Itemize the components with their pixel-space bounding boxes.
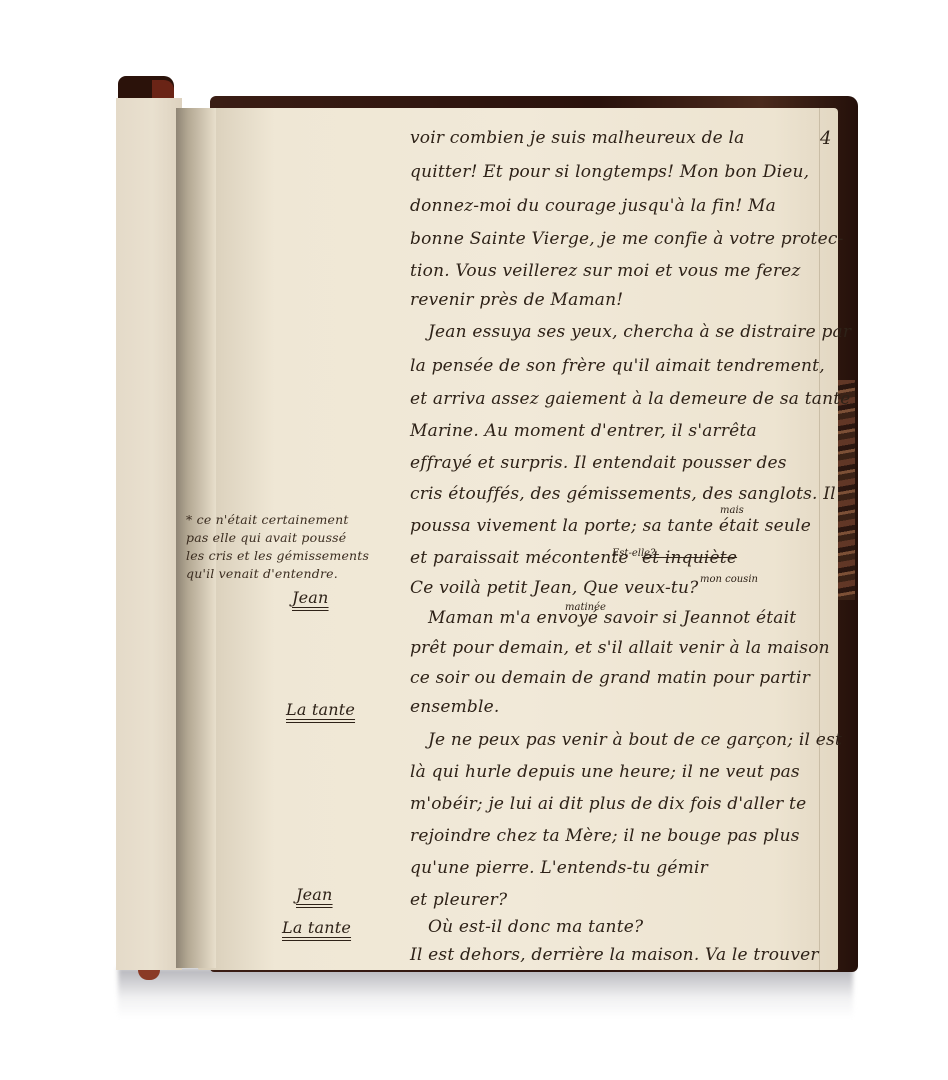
text-line: ensemble. xyxy=(410,697,500,717)
text-line: Je ne peux pas venir à bout de ce garçon… xyxy=(428,730,842,750)
text-line: revenir près de Maman! xyxy=(410,290,623,310)
margin-note-line: qu'il venait d'entendre. xyxy=(186,566,338,581)
text-line: Jean essuya ses yeux, chercha à se distr… xyxy=(428,322,851,342)
cover-marbling xyxy=(835,380,855,600)
speaker-label: Jean xyxy=(292,588,329,607)
text-line: Maman m'a envoyé savoir si Jeannot était xyxy=(428,608,796,628)
text-line: là qui hurle depuis une heure; il ne veu… xyxy=(410,762,800,782)
text-line: effrayé et surpris. Il entendait pousser… xyxy=(410,453,787,473)
front-cover-edge xyxy=(118,76,174,100)
text-line: ce soir ou demain de grand matin pour pa… xyxy=(410,668,810,688)
margin-note-line: * ce n'était certainement xyxy=(186,512,349,527)
text-line: poussa vivement la porte; sa tante était… xyxy=(410,516,811,536)
text-line: qu'une pierre. L'entends-tu gémir xyxy=(410,858,708,878)
text-line: voir combien je suis malheureux de la xyxy=(410,128,744,148)
open-manuscript-book: 4 voir combien je suis malheureux de la … xyxy=(0,0,948,1080)
interlinear-insertion: mon cousin xyxy=(700,574,758,585)
interlinear-insertion: Est-elle? xyxy=(612,548,655,559)
speaker-label: La tante xyxy=(282,918,351,937)
text-line: rejoindre chez ta Mère; il ne bouge pas … xyxy=(410,826,800,846)
left-page-curl xyxy=(116,98,182,970)
book-shadow xyxy=(118,968,853,1018)
text-line: Marine. Au moment d'entrer, il s'arrêta xyxy=(410,421,757,441)
text-line: prêt pour demain, et s'il allait venir à… xyxy=(410,638,830,658)
text-line: donnez-moi du courage jusqu'à la fin! Ma xyxy=(410,196,776,216)
margin-note-line: pas elle qui avait poussé xyxy=(186,530,346,545)
text-line: m'obéir; je lui ai dit plus de dix fois … xyxy=(410,794,806,814)
text-line: la pensée de son frère qu'il aimait tend… xyxy=(410,356,825,376)
text-line: Où est-il donc ma tante? xyxy=(428,917,643,937)
page-number: 4 xyxy=(820,128,831,149)
speaker-label: La tante xyxy=(286,700,355,719)
text-line: tion. Vous veillerez sur moi et vous me … xyxy=(410,261,801,281)
margin-note-line: les cris et les gémissements xyxy=(186,548,369,563)
text-line: et paraissait mécontente xyxy=(410,548,629,568)
struck-text: et inquiète xyxy=(642,548,737,568)
interlinear-insertion: matinée xyxy=(565,602,606,613)
text-line: cris étouffés, des gémissements, des san… xyxy=(410,484,836,504)
interlinear-insertion: mais xyxy=(720,505,744,516)
text-line: Ce voilà petit Jean, Que veux-tu? xyxy=(410,578,698,598)
speaker-label: Jean xyxy=(296,885,333,904)
text-line: Il est dehors, derrière la maison. Va le… xyxy=(410,945,819,965)
text-line: quitter! Et pour si longtemps! Mon bon D… xyxy=(410,162,809,182)
text-line: bonne Sainte Vierge, je me confie à votr… xyxy=(410,229,844,249)
text-line: et pleurer? xyxy=(410,890,507,910)
text-line: et arriva assez gaiement à la demeure de… xyxy=(410,389,851,409)
